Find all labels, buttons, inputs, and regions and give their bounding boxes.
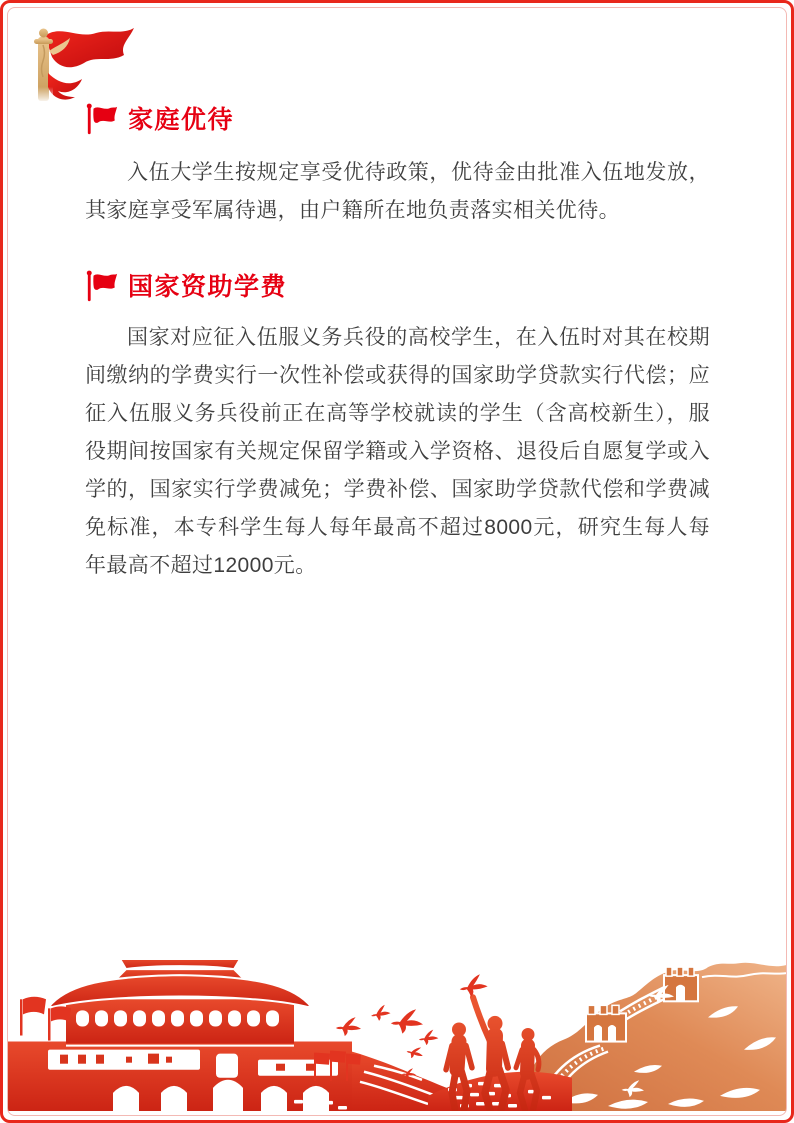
section-heading: 国家资助学费 <box>85 270 710 304</box>
section-title: 家庭优待 <box>128 103 234 137</box>
paragraph: 国家对应征入伍服义务兵役的高校学生，在入伍时对其在校期间缴纳的学费实行一次性补偿… <box>85 319 710 585</box>
plaque <box>48 1050 200 1070</box>
section-title: 国家资助学费 <box>128 270 287 304</box>
section-heading: 家庭优待 <box>85 103 710 137</box>
gallery-windows <box>76 1010 279 1026</box>
portrait <box>216 1054 238 1078</box>
red-flag-icon <box>85 270 119 304</box>
paragraph: 入伍大学生按规定享受优待政策，优待金由批准入伍地发放，其家庭享受军属待遇，由户籍… <box>85 154 710 230</box>
emblem-ribbon <box>48 73 82 100</box>
page: 家庭优待 入伍大学生按规定享受优待政策，优待金由批准入伍地发放，其家庭享受军属待… <box>0 0 794 1123</box>
section-state-funded-tuition: 国家资助学费 国家对应征入伍服义务兵役的高校学生，在入伍时对其在校期间缴纳的学费… <box>85 270 710 585</box>
tiananmen-silhouette <box>8 959 478 1111</box>
document-body: 家庭优待 入伍大学生按规定享受优待政策，优待金由批准入伍地发放，其家庭享受军属待… <box>85 0 710 585</box>
huabiao-flag-icon <box>12 25 140 109</box>
bottom-papercut-illustration <box>8 953 786 1111</box>
section-family-preferential-treatment: 家庭优待 入伍大学生按规定享受优待政策，优待金由批准入伍地发放，其家庭享受军属待… <box>85 103 710 230</box>
